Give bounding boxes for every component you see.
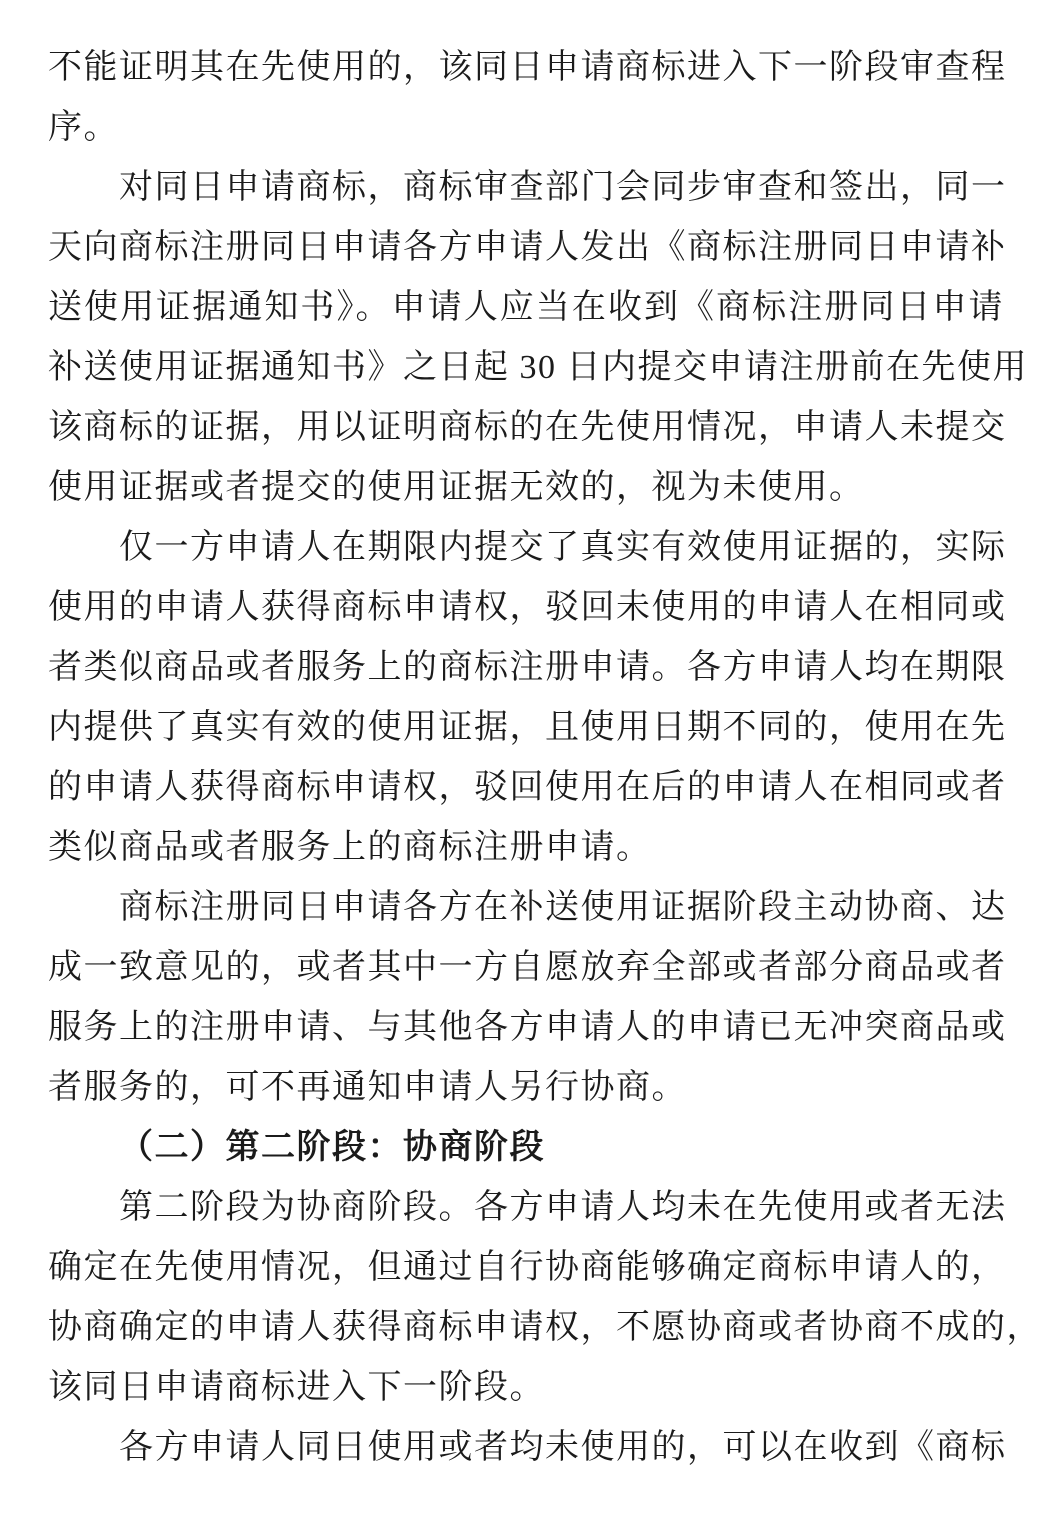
- text-line: 补送使用证据通知书》之日起 30 日内提交申请注册前在先使用: [48, 338, 1004, 398]
- section-heading: （二）第二阶段：协商阶段: [48, 1118, 1004, 1178]
- text-line: 仅一方申请人在期限内提交了真实有效使用证据的，实际: [48, 518, 1004, 578]
- text-line: 对同日申请商标，商标审查部门会同步审查和签出，同一: [48, 158, 1004, 218]
- text-line: 确定在先使用情况，但通过自行协商能够确定商标申请人的，: [48, 1238, 1004, 1298]
- text-line: 者类似商品或者服务上的商标注册申请。各方申请人均在期限: [48, 638, 1004, 698]
- document-page: 不能证明其在先使用的，该同日申请商标进入下一阶段审查程 序。 对同日申请商标，商…: [0, 0, 1059, 1537]
- text-line: 商标注册同日申请各方在补送使用证据阶段主动协商、达: [48, 878, 1004, 938]
- text-line: 成一致意见的，或者其中一方自愿放弃全部或者部分商品或者: [48, 938, 1004, 998]
- text-line: 类似商品或者服务上的商标注册申请。: [48, 818, 1004, 878]
- text-line: 服务上的注册申请、与其他各方申请人的申请已无冲突商品或: [48, 998, 1004, 1058]
- text-line: 该同日申请商标进入下一阶段。: [48, 1358, 1004, 1418]
- text-line: 者服务的，可不再通知申请人另行协商。: [48, 1058, 1004, 1118]
- text-line: 天向商标注册同日申请各方申请人发出《商标注册同日申请补: [48, 218, 1004, 278]
- text-line: 该商标的证据，用以证明商标的在先使用情况，申请人未提交: [48, 398, 1004, 458]
- text-line: 不能证明其在先使用的，该同日申请商标进入下一阶段审查程: [48, 38, 1004, 98]
- text-line: 使用的申请人获得商标申请权，驳回未使用的申请人在相同或: [48, 578, 1004, 638]
- text-line: 的申请人获得商标申请权，驳回使用在后的申请人在相同或者: [48, 758, 1004, 818]
- text-line: 协商确定的申请人获得商标申请权，不愿协商或者协商不成的，: [48, 1298, 1004, 1358]
- text-line: 送使用证据通知书》。申请人应当在收到《商标注册同日申请: [48, 278, 1004, 338]
- text-line: 使用证据或者提交的使用证据无效的，视为未使用。: [48, 458, 1004, 518]
- text-line: 内提供了真实有效的使用证据，且使用日期不同的，使用在先: [48, 698, 1004, 758]
- text-line: 序。: [48, 98, 1004, 158]
- text-line: 第二阶段为协商阶段。各方申请人均未在先使用或者无法: [48, 1178, 1004, 1238]
- text-line: 各方申请人同日使用或者均未使用的，可以在收到《商标: [48, 1418, 1004, 1478]
